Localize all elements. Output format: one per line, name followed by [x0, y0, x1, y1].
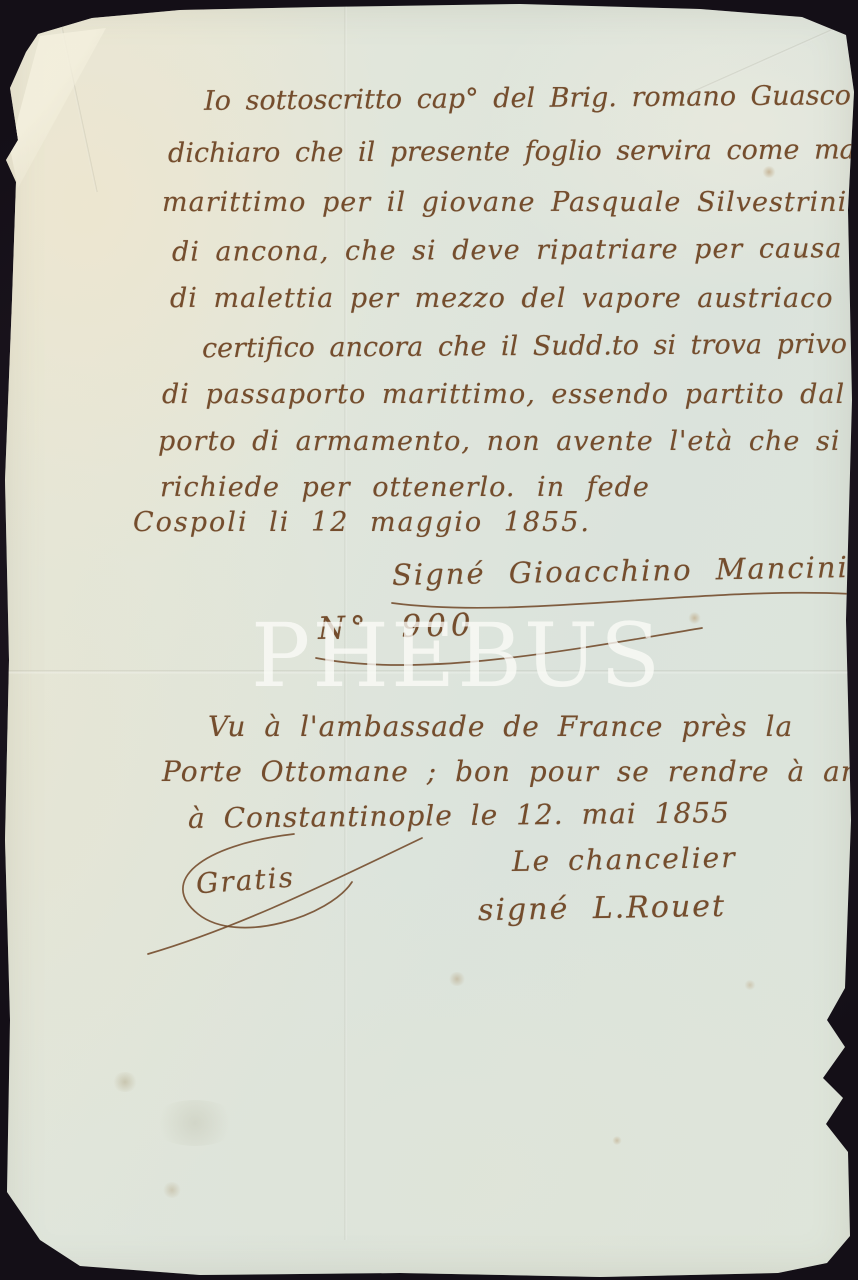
document-number: N° 900 [318, 608, 476, 646]
foxing-spot [762, 166, 776, 178]
paper-surface: Io sottoscritto cap° del Brig. romano Gu… [0, 0, 858, 1280]
certificate-line-8: porto di armamento, non avente l'età che… [158, 427, 840, 457]
foxing-spot [744, 980, 756, 990]
foxing-spot [612, 1136, 622, 1145]
corner-fold-highlight [10, 28, 130, 198]
certificate-line-9: richiede per ottenerlo. in fede [160, 473, 650, 503]
captain-signature: Signé Gioacchino Mancini [392, 552, 849, 592]
signature-underline-flourish [392, 593, 852, 608]
foxing-spot [162, 1182, 182, 1198]
visa-line-3: à Constantinople le 12. mai 1855 [188, 798, 730, 834]
certificate-line-7: di passaporto marittimo, essendo partito… [162, 380, 845, 410]
photo-background: Io sottoscritto cap° del Brig. romano Gu… [0, 0, 858, 1280]
stain-smudge [150, 1100, 240, 1146]
foxing-spot [112, 1072, 138, 1092]
certificate-line-4: di ancona, che si deve ripatriare per ca… [172, 234, 843, 267]
fold-crease-corner-topleft [60, 26, 97, 193]
chancellor-signature: signé L.Rouet [478, 890, 727, 927]
certificate-line-6: certifico ancora che il Sudd.to si trova… [202, 330, 847, 364]
gratis-tail-flourish [148, 838, 422, 954]
place-date-line: Cospoli li 12 maggio 1855. [133, 508, 591, 538]
certificate-line-3: marittimo per il giovane Pasquale Silves… [162, 188, 847, 218]
certificate-line-5: di malettia per mezzo del vapore austria… [170, 284, 834, 314]
visa-line-1: Vu à l'ambassade de France près la [208, 712, 793, 743]
visa-line-2: Porte Ottomane ; bon pour se rendre à an… [162, 757, 858, 788]
chancellor-title: Le chancelier [512, 843, 737, 878]
foxing-spot [688, 612, 701, 624]
certificate-line-1: Io sottoscritto cap° del Brig. romano Gu… [204, 81, 851, 116]
foxing-spot [448, 972, 466, 986]
gratis-note: Gratis [195, 863, 296, 901]
certificate-line-2: dichiaro che il presente foglio servira … [168, 135, 858, 169]
fold-crease-horizontal [0, 670, 858, 674]
manuscript-page: Io sottoscritto cap° del Brig. romano Gu… [0, 0, 858, 1280]
